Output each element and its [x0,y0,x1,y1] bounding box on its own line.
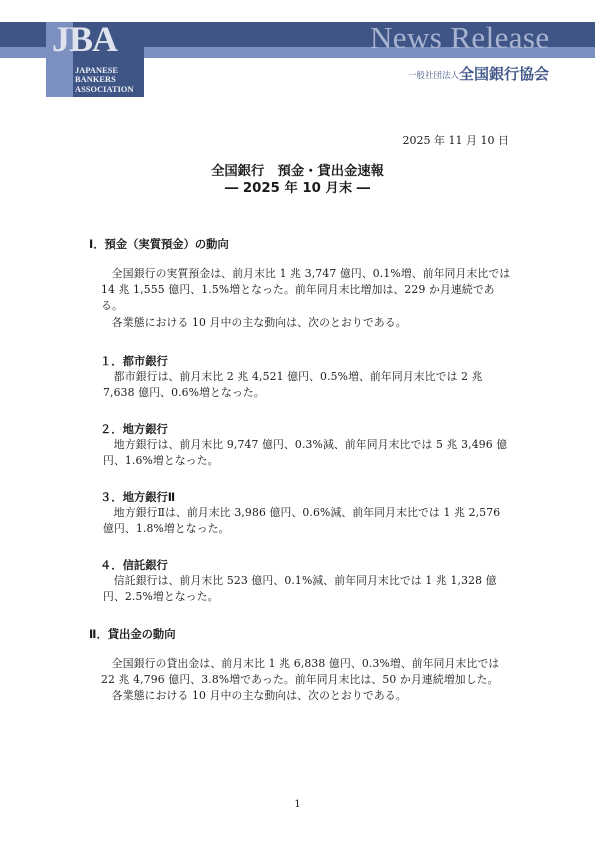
logo-fullname: JAPANESE BANKERS ASSOCIATION [75,66,134,94]
trust-banks-text: 信託銀行は、前月末比 523 億円、0.1%減、前年同月末比では 1 兆 1,3… [103,573,511,605]
city-banks-text: 都市銀行は、前月末比 2 兆 4,521 億円、0.5%増、前年同月末比では 2… [103,369,511,401]
document-title: 全国銀行 預金・貸出金速報 [0,163,595,180]
page-number: 1 [0,799,595,810]
section-heading-loans: Ⅱ．貸出金の動向 [89,626,176,642]
release-date: 2025 年 11 月 10 日 [403,132,509,148]
deposits-paragraph-1: 全国銀行の実質預金は、前月末比 1 兆 3,747 億円、0.1%増、前年同月末… [101,266,511,315]
deposits-paragraph-2: 各業態における 10 月中の主な動向は、次のとおりである。 [101,315,511,331]
news-release-banner: News Release [370,21,550,55]
subsection-heading-trust-banks: ４．信託銀行 [100,557,168,573]
organization-name: 一般社団法人全国銀行協会 [408,63,549,84]
loans-paragraph-2: 各業態における 10 月中の主な動向は、次のとおりである。 [101,688,511,704]
city-banks-paragraph: 都市銀行は、前月末比 2 兆 4,521 億円、0.5%増、前年同月末比では 2… [103,369,511,401]
logo-line-3: ASSOCIATION [75,85,134,94]
logo-line-2: BANKERS [75,75,134,84]
loans-summary: 全国銀行の貸出金は、前月末比 1 兆 6,838 億円、0.3%増、前年同月末比… [101,656,511,705]
deposits-summary: 全国銀行の実質預金は、前月末比 1 兆 3,747 億円、0.1%増、前年同月末… [101,266,511,331]
subsection-heading-city-banks: １．都市銀行 [100,353,168,369]
regional-banks-text: 地方銀行は、前月末比 9,747 億円、0.3%減、前年同月末比では 5 兆 3… [103,437,511,469]
subsection-heading-regional-banks: ２．地方銀行 [100,421,168,437]
regional-banks-ii-text: 地方銀行Ⅱは、前月末比 3,986 億円、0.6%減、前年同月末比では 1 兆 … [103,505,511,537]
loans-paragraph-1: 全国銀行の貸出金は、前月末比 1 兆 6,838 億円、0.3%増、前年同月末比… [101,656,511,688]
subsection-heading-regional-banks-ii: ３．地方銀行Ⅱ [100,489,175,505]
logo-line-1: JAPANESE [75,66,134,75]
org-prefix: 一般社団法人 [408,71,459,81]
regional-banks-ii-paragraph: 地方銀行Ⅱは、前月末比 3,986 億円、0.6%減、前年同月末比では 1 兆 … [103,505,511,537]
section-heading-deposits: Ⅰ．預金（実質預金）の動向 [89,236,229,252]
document-subtitle: ― 2025 年 10 月末 ― [0,180,595,197]
org-main-name: 全国銀行協会 [459,65,549,83]
logo-abbr: JBA [52,19,117,59]
regional-banks-paragraph: 地方銀行は、前月末比 9,747 億円、0.3%減、前年同月末比では 5 兆 3… [103,437,511,469]
jba-logo: JBA JAPANESE BANKERS ASSOCIATION [46,22,144,97]
trust-banks-paragraph: 信託銀行は、前月末比 523 億円、0.1%減、前年同月末比では 1 兆 1,3… [103,573,511,605]
